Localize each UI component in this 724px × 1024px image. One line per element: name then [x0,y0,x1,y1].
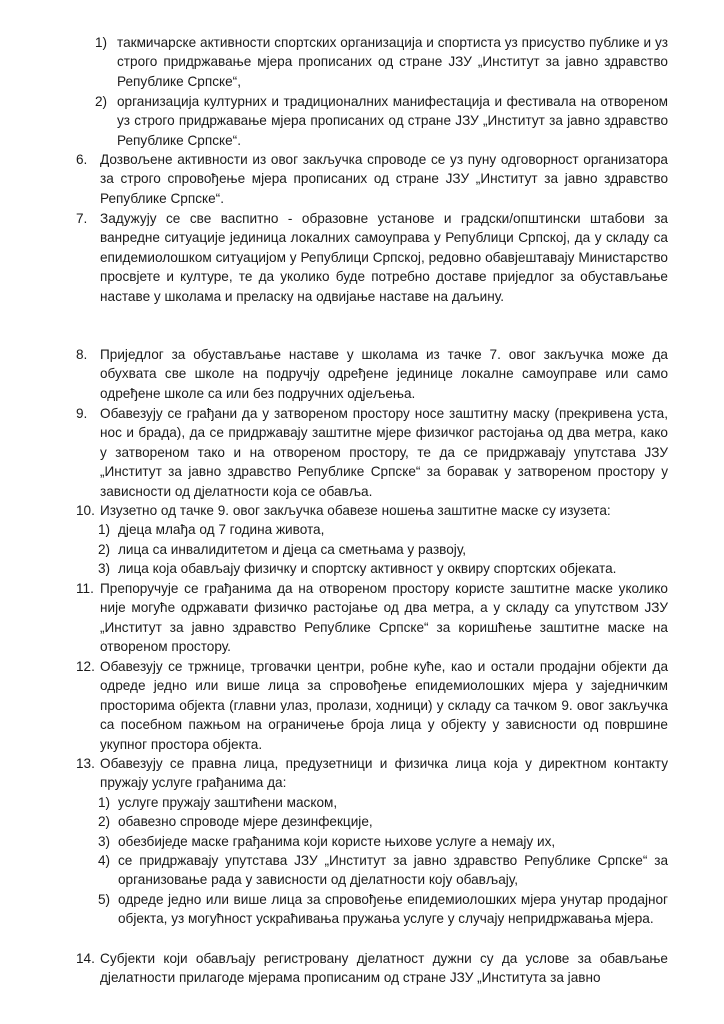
item-number: 13. [76,754,100,773]
subitem-number: 3) [98,559,120,578]
item-number: 14. [76,949,100,968]
subitem-text: дјеца млађа од 7 година живота, [118,520,668,539]
item-number: 12. [76,657,100,676]
subitem-text: лица која обављају физичку и спортску ак… [118,559,668,578]
document-page: 1) такмичарске активности спортских орга… [0,0,724,1024]
item-text: Дозвољене активности из овог закључка сп… [100,150,668,208]
continued-subitem: 1) такмичарске активности спортских орга… [95,33,668,91]
subitem-text: обезбиједе маске грађанима који користе … [118,832,668,851]
list-item-12: 12. Обавезују се тржнице, трговачки цент… [76,657,668,754]
subitem-number: 5) [98,890,120,909]
item-text: Изузетно од тачке 9. овог закључка обаве… [100,501,668,520]
list-item-11: 11. Препоручује се грађанима да на отвор… [76,579,668,657]
item-text: Приједлог за обустављање наставе у школа… [100,345,668,403]
list-item-6: 6. Дозвољене активности из овог закључка… [76,150,668,208]
subitem-number: 3) [98,832,120,851]
subitem-text: одреде једно или више лица за спровођење… [118,890,668,929]
list-item-8: 8. Приједлог за обустављање наставе у шк… [76,345,668,403]
subitem-number: 2) [98,812,120,831]
item-text: Обавезују се правна лица, предузетници и… [100,754,668,793]
subitem-text: обавезно спроводе мјере дезинфекције, [118,812,668,831]
subitem: 1) дјеца млађа од 7 година живота, [98,520,668,539]
subitem-text: такмичарске активности спортских организ… [117,33,668,91]
subitem-number: 2) [98,540,120,559]
subitem-text: се придржавају упутстава ЈЗУ „Институт з… [118,851,668,890]
subitem: 2) обавезно спроводе мјере дезинфекције, [98,812,668,831]
list-item-10: 10. Изузетно од тачке 9. овог закључка о… [76,501,668,579]
list-item-9: 9. Обавезују се грађани да у затвореном … [76,404,668,501]
subitem-number: 2) [95,92,107,111]
item-number: 7. [76,209,100,228]
item-text: Препоручује се грађанима да на отвореном… [100,579,668,657]
subitem-number: 1) [98,793,120,812]
subitem: 3) обезбиједе маске грађанима који корис… [98,832,668,851]
subitem-text: организација културних и традиционалних … [117,92,668,150]
subitem: 2) лица са инвалидитетом и дјеца са смет… [98,540,668,559]
subitem-number: 4) [98,851,120,870]
subitem-text: лица са инвалидитетом и дјеца са сметњам… [118,540,668,559]
item-text: Обавезују се тржнице, трговачки центри, … [100,657,668,754]
item-text: Обавезују се грађани да у затвореном про… [100,404,668,501]
item-number: 10. [76,501,100,520]
item-number: 9. [76,404,100,423]
subitem: 4) се придржавају упутстава ЈЗУ „Институ… [98,851,668,890]
subitem: 5) одреде једно или више лица за спровођ… [98,890,668,929]
list-item-14: 14. Субјекти који обављају регистровану … [76,949,668,988]
item-text: Задужују се све васпитно - образовне уст… [100,209,668,306]
continued-subitem: 2) организација културних и традиционалн… [95,92,668,150]
item-number: 6. [76,150,100,169]
list-item-7: 7. Задужују се све васпитно - образовне … [76,209,668,306]
item-text: Субјекти који обављају регистровану дјел… [100,949,668,988]
item-number: 11. [76,579,100,598]
subitem: 3) лица која обављају физичку и спортску… [98,559,668,578]
subitem-text: услуге пружају заштићени маском, [118,793,668,812]
item-number: 8. [76,345,100,364]
list-item-13: 13. Обавезују се правна лица, предузетни… [76,754,668,929]
subitem: 1) услуге пружају заштићени маском, [98,793,668,812]
subitem-number: 1) [95,33,107,52]
subitem-number: 1) [98,520,120,539]
